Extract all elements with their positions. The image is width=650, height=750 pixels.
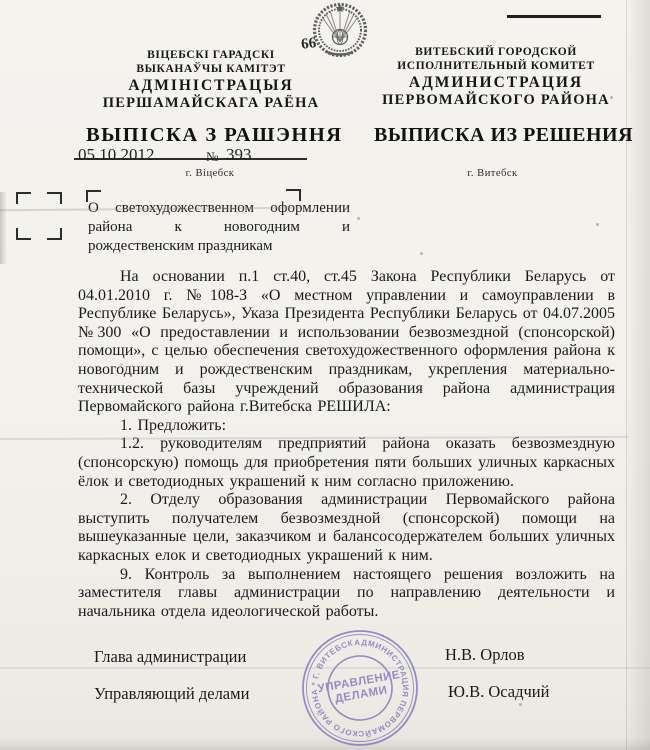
org-line: ВІЦЕБСКІ ГАРАДСКІ [88,49,334,63]
official-round-stamp: АДМИНИСТРАЦИЯ ПЕРВОМАЙСКОГО РАЙОНА * Г. … [298,626,422,750]
doc-body: На основании п.1 ст.40, ст.45 Закона Рес… [78,268,615,621]
doc-title-russian: ВЫПИСКА ИЗ РЕШЕНИЯ [374,124,633,147]
org-line: ВЫКАНАЎЧЫ КАМІТЭТ [88,63,334,77]
number-sign: № [206,149,218,165]
org-line: ПЕРШАМАЙСКАГА РАЁНА [88,95,334,111]
scan-edge-shadow [0,738,650,750]
signature-title: Управляющий делами [94,684,249,704]
fold-crease [0,667,650,669]
body-paragraph: 2. Отделу образования администрации Перв… [78,491,615,565]
org-line: АДМИНИСТРАЦИЯ [380,75,612,92]
org-header-russian: ВИТЕБСКИЙ ГОРОДСКОЙ ИСПОЛНИТЕЛЬНЫЙ КОМИТ… [380,46,612,108]
scanned-document-page: 66 ВІЦЕБСКІ ГАРАДСКІ ВЫКАНАЎЧЫ КАМІТЭТ А… [0,0,650,750]
scan-speck [357,217,360,220]
scan-speck [610,96,613,99]
scan-speck [596,223,599,226]
org-line: ПЕРВОМАЙСКОГО РАЙОНА [380,92,612,108]
org-line: ВИТЕБСКИЙ ГОРОДСКОЙ [380,46,612,60]
crop-mark-corner [47,192,62,204]
crop-mark-corner [16,228,31,240]
signature-name: Н.В. Орлов [445,645,525,665]
place-russian: г. Витебск [385,168,600,179]
scan-edge-shadow [624,0,650,750]
subject-line: района к новогодним и [88,218,350,237]
org-line: АДМІНІСТРАЦЫЯ [88,78,334,95]
scan-speck [120,363,123,366]
org-line: ИСПОЛНИТЕЛЬНЫЙ КОМИТЕТ [380,60,612,74]
org-header-belarusian: ВІЦЕБСКІ ГАРАДСКІ ВЫКАНАЎЧЫ КАМІТЭТ АДМІ… [88,49,334,111]
body-paragraph: На основании п.1 ст.40, ст.45 Закона Рес… [78,268,615,417]
crop-mark-corner [47,228,62,240]
signature-name: Ю.В. Осадчий [448,682,549,702]
doc-date: 05.10.2012 [78,145,155,165]
scan-speck [519,703,522,706]
body-paragraph: 1. Предложить: [78,417,615,436]
subject-line: рождественским праздникам [88,237,350,256]
signature-title: Глава администрации [94,647,246,667]
doc-number: 393 [226,145,252,165]
scan-edge-shadow [0,192,7,264]
place-belarusian: г. Віцебск [90,168,330,179]
letterhead-divider-rule [507,15,601,18]
scan-speck [420,252,423,255]
body-paragraph: 9. Контроль за выполнением настоящего ре… [78,566,615,622]
doc-title-belarusian: ВЫПІСКА З РАШЭННЯ [86,124,343,147]
body-paragraph: 1.2. руководителям предприятий района ок… [78,435,615,491]
crop-mark-corner [16,192,31,204]
